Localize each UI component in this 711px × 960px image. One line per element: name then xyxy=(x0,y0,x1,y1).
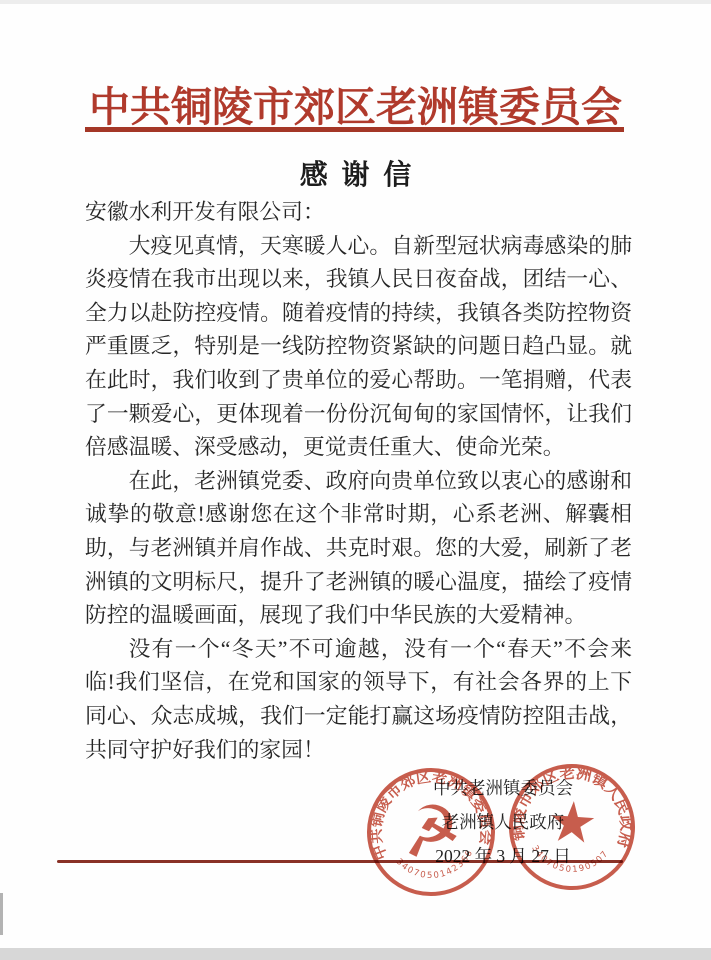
town-government-seal: 铜陵市郊区老洲镇人民政府 ★ 3407050190507 xyxy=(504,759,640,895)
paragraph-1: 大疫见真情，天寒暖人心。自新型冠状病毒感染的肺炎疫情在我市出现以来，我镇人民日夜… xyxy=(85,230,632,465)
letter-title: 感 谢 信 xyxy=(0,153,711,193)
salutation: 安徽水利开发有限公司： xyxy=(85,196,632,230)
letter-body: 安徽水利开发有限公司： 大疫见真情，天寒暖人心。自新型冠状病毒感染的肺炎疫情在我… xyxy=(85,196,632,767)
issuing-org-title: 中共铜陵市郊区老洲镇委员会 xyxy=(0,74,711,133)
scan-edge-top xyxy=(0,0,711,4)
paragraph-2: 在此，老洲镇党委、政府向贵单位致以衷心的感谢和诚挚的敬意!感谢您在这个非常时期，… xyxy=(85,465,632,633)
party-committee-seal: 中共铜陵市郊区老洲镇委员会 ☭ 3407050142366 xyxy=(361,762,501,902)
scanned-letter-page: 中共铜陵市郊区老洲镇委员会 感 谢 信 安徽水利开发有限公司： 大疫见真情，天寒… xyxy=(0,0,711,960)
star-icon: ★ xyxy=(545,789,600,857)
scan-edge-bottom xyxy=(0,948,711,960)
header-rule xyxy=(85,127,624,132)
scan-edge-smudge xyxy=(0,893,3,935)
scan-artifact-line xyxy=(57,860,623,863)
paragraph-3: 没有一个“冬天”不可逾越，没有一个“春天”不会来临!我们坚信，在党和国家的领导下… xyxy=(85,633,632,767)
